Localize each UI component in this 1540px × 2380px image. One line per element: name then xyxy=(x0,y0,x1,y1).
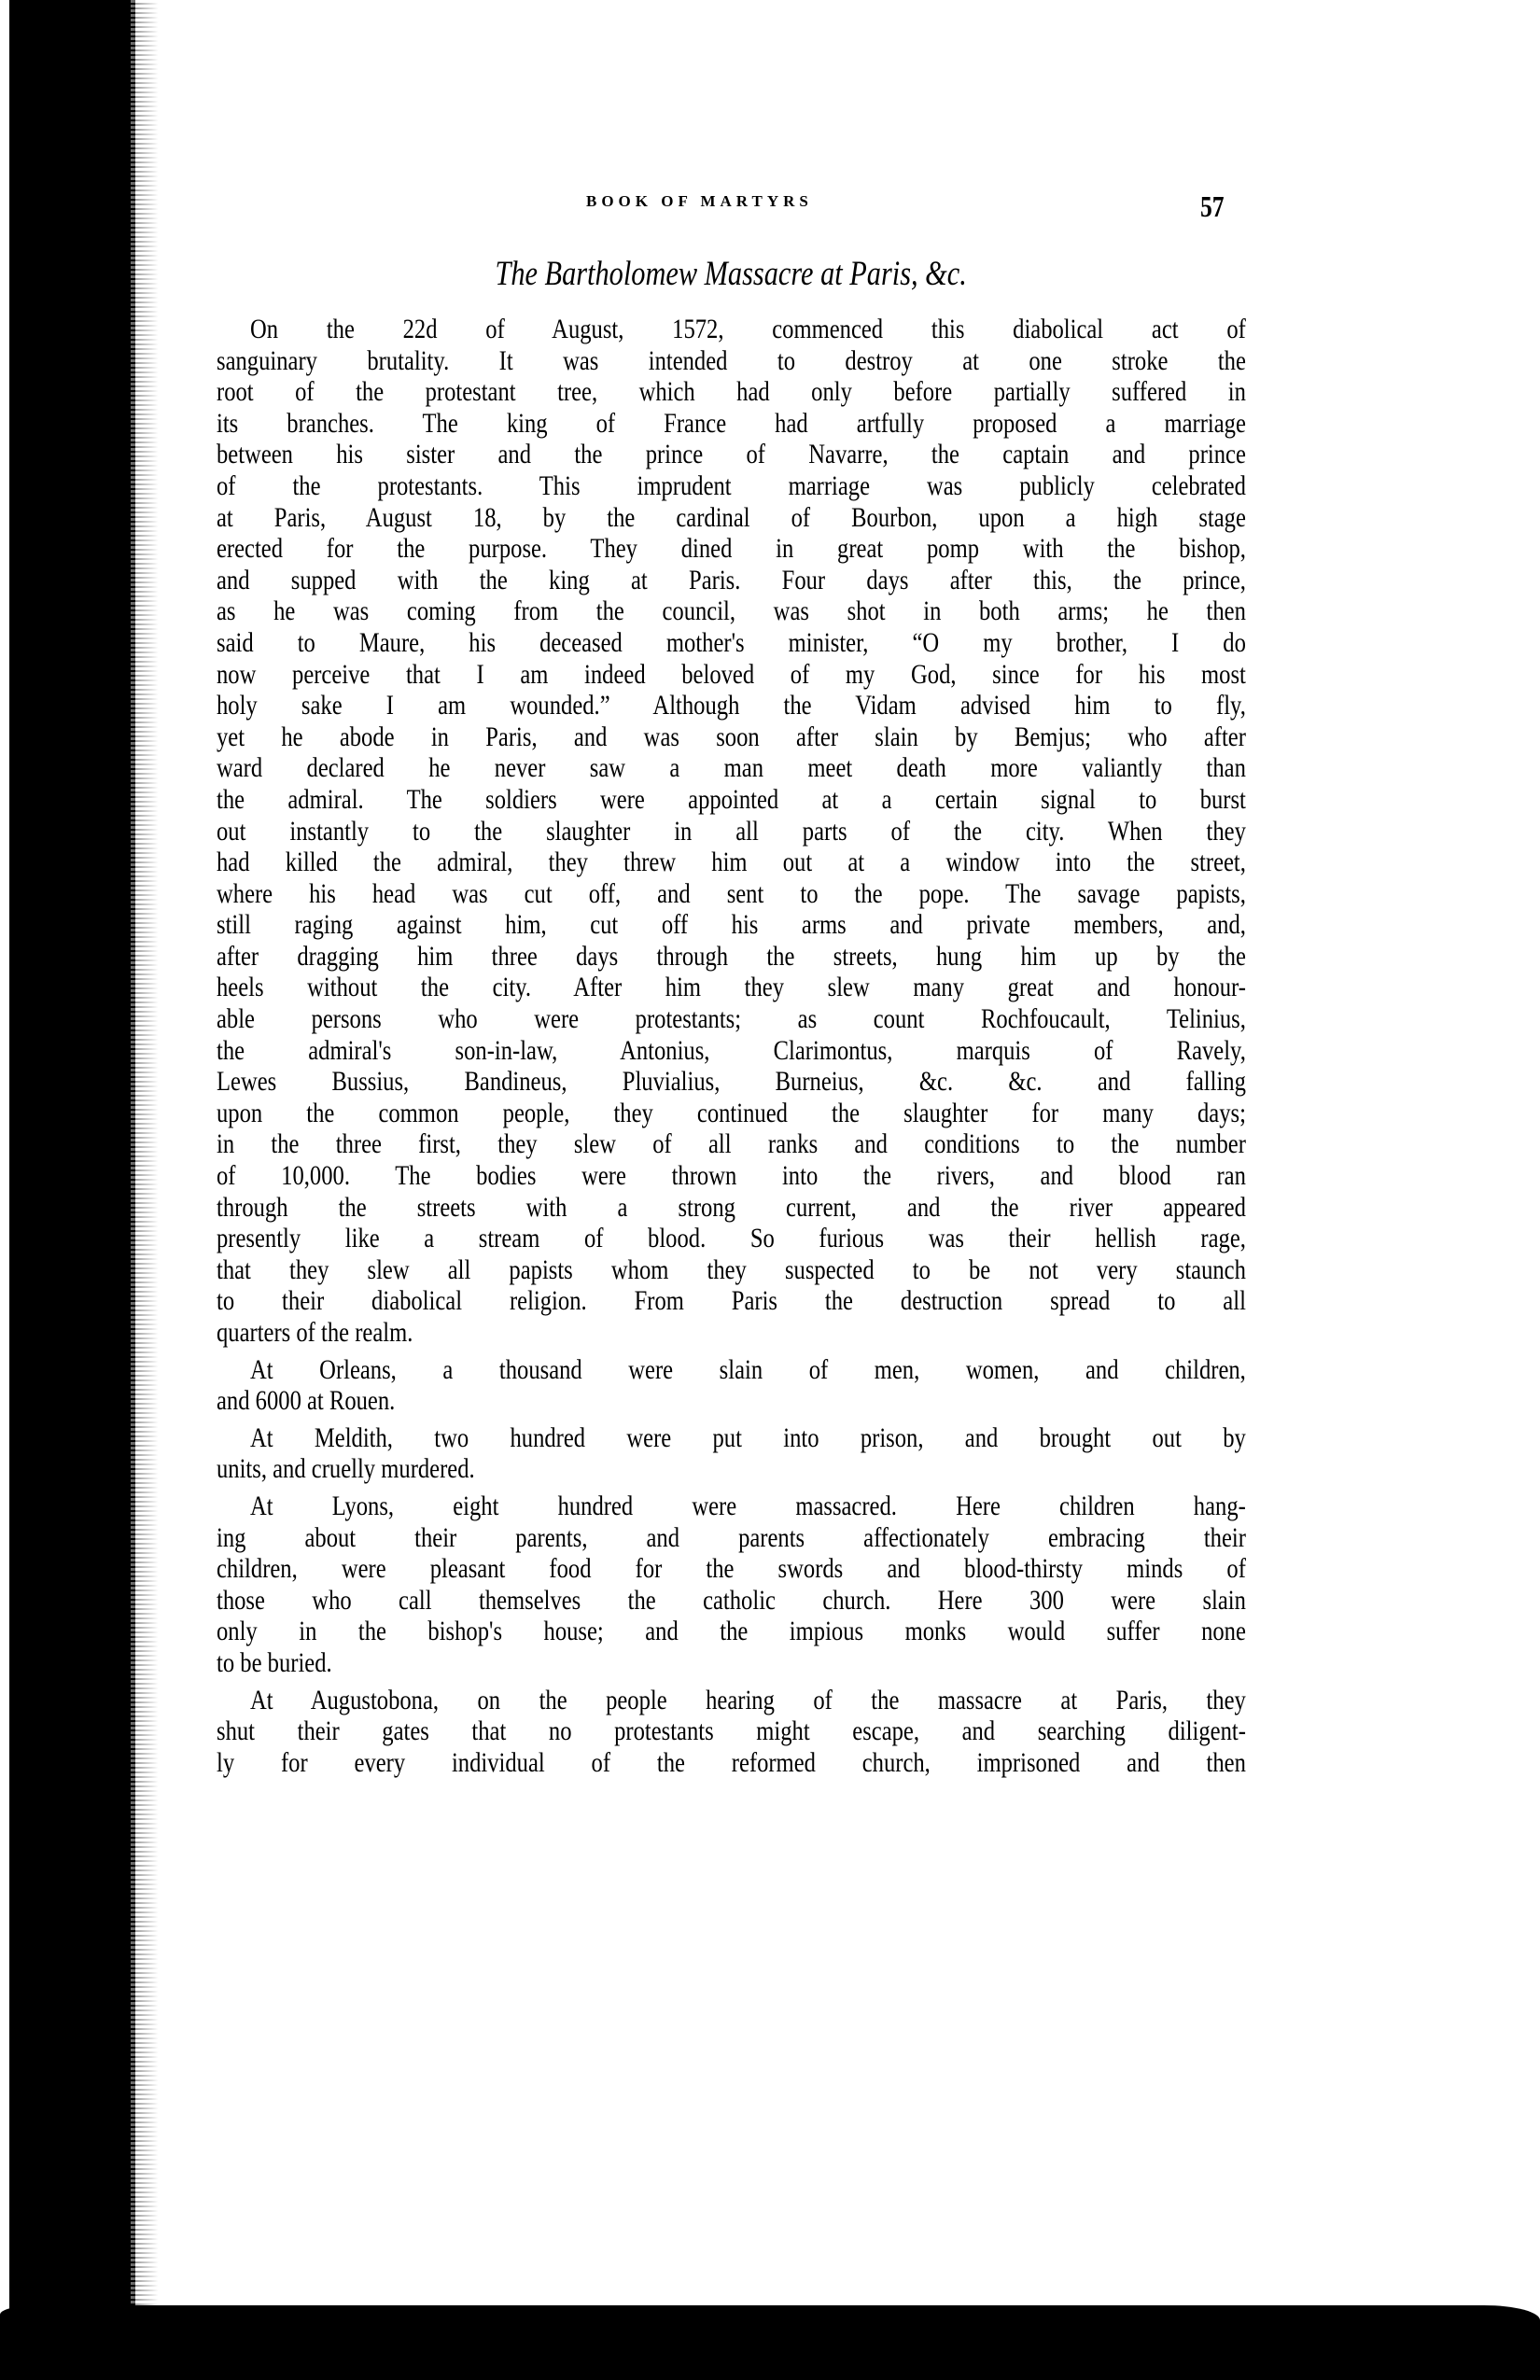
text-line-content: yet he abode in Paris, and was soon afte… xyxy=(217,721,1246,753)
text-line: that they slew all papists whom they sus… xyxy=(217,1254,1246,1286)
text-line: at Paris, August 18, by the cardinal of … xyxy=(217,502,1246,534)
text-line: holy sake I am wounded.” Although the Vi… xyxy=(217,690,1246,721)
text-line: the admiral's son-in-law, Antonius, Clar… xyxy=(217,1035,1246,1067)
text-line: On the 22d of August, 1572, commenced th… xyxy=(217,314,1246,345)
text-line: upon the common people, they continued t… xyxy=(217,1098,1246,1129)
text-line: in the three first, they slew of all ran… xyxy=(217,1128,1246,1160)
text-line: of 10,000. The bodies were thrown into t… xyxy=(217,1160,1246,1192)
text-line-content: its branches. The king of France had art… xyxy=(217,408,1246,440)
chapter-title: The Bartholomew Massacre at Paris, &c. xyxy=(217,254,1246,294)
text-line-content: heels without the city. After him they s… xyxy=(217,972,1246,1003)
text-line-content: said to Maure, his deceased mother's min… xyxy=(217,627,1246,659)
text-line: and 6000 at Rouen. xyxy=(217,1385,1246,1417)
text-line-content: upon the common people, they continued t… xyxy=(217,1098,1246,1129)
text-line: through the streets with a strong curren… xyxy=(217,1192,1246,1224)
text-line: children, were pleasant food for the swo… xyxy=(217,1553,1246,1585)
text-line: to their diabolical religion. From Paris… xyxy=(217,1285,1246,1317)
text-line-content: the admiral's son-in-law, Antonius, Clar… xyxy=(217,1035,1246,1067)
text-line-content: ly for every individual of the reformed … xyxy=(217,1747,1246,1779)
text-line-content: of 10,000. The bodies were thrown into t… xyxy=(217,1160,1246,1192)
text-line-content: holy sake I am wounded.” Although the Vi… xyxy=(217,690,1246,721)
text-line: At Lyons, eight hundred were massacred. … xyxy=(217,1491,1246,1522)
paragraph: At Lyons, eight hundred were massacred. … xyxy=(217,1491,1246,1679)
text-line: after dragging him three days through th… xyxy=(217,941,1246,973)
text-line-content: only in the bishop's house; and the impi… xyxy=(217,1616,1246,1647)
text-line: ward declared he never saw a man meet de… xyxy=(217,752,1246,784)
text-line-content: At Meldith, two hundred were put into pr… xyxy=(250,1422,1246,1454)
text-line-content: between his sister and the prince of Nav… xyxy=(217,439,1246,470)
text-line: yet he abode in Paris, and was soon afte… xyxy=(217,721,1246,753)
paragraph: At Orleans, a thousand were slain of men… xyxy=(217,1354,1246,1417)
paragraph: At Augustobona, on the people hearing of… xyxy=(217,1685,1246,1779)
paragraph: On the 22d of August, 1572, commenced th… xyxy=(217,314,1246,1349)
body-text: On the 22d of August, 1572, commenced th… xyxy=(217,314,1246,1784)
text-line: only in the bishop's house; and the impi… xyxy=(217,1616,1246,1647)
text-line: still raging against him, cut off his ar… xyxy=(217,909,1246,941)
text-line-content: still raging against him, cut off his ar… xyxy=(217,909,1246,941)
text-line: those who call themselves the catholic c… xyxy=(217,1585,1246,1617)
page-number: 57 xyxy=(1200,189,1225,224)
chapter-title-text: The Bartholomew Massacre at Paris, &c. xyxy=(496,254,967,294)
text-line: quarters of the realm. xyxy=(217,1317,1246,1349)
text-line: root of the protestant tree, which had o… xyxy=(217,376,1246,408)
text-line: where his head was cut off, and sent to … xyxy=(217,878,1246,910)
text-line-content: units, and cruelly murdered. xyxy=(217,1453,1246,1485)
book-binding-shadow xyxy=(9,0,135,2315)
text-line: its branches. The king of France had art… xyxy=(217,408,1246,440)
text-line-content: sanguinary brutality. It was intended to… xyxy=(217,345,1246,377)
text-line: said to Maure, his deceased mother's min… xyxy=(217,627,1246,659)
text-line: ing about their parents, and parents aff… xyxy=(217,1522,1246,1554)
text-line-content: where his head was cut off, and sent to … xyxy=(217,878,1246,910)
text-line: heels without the city. After him they s… xyxy=(217,972,1246,1003)
text-line-content: At Augustobona, on the people hearing of… xyxy=(250,1685,1246,1716)
text-line-content: the admiral. The soldiers were appointed… xyxy=(217,784,1246,816)
text-line: Lewes Bussius, Bandineus, Pluvialius, Bu… xyxy=(217,1066,1246,1098)
text-line: out instantly to the slaughter in all pa… xyxy=(217,816,1246,847)
text-line: the admiral. The soldiers were appointed… xyxy=(217,784,1246,816)
text-line-content: at Paris, August 18, by the cardinal of … xyxy=(217,502,1246,534)
text-line: ly for every individual of the reformed … xyxy=(217,1747,1246,1779)
text-line-content: to be buried. xyxy=(217,1647,1246,1679)
text-line: At Meldith, two hundred were put into pr… xyxy=(217,1422,1246,1454)
text-line: shut their gates that no protestants mig… xyxy=(217,1715,1246,1747)
text-line: presently like a stream of blood. So fur… xyxy=(217,1223,1246,1254)
text-line-content: after dragging him three days through th… xyxy=(217,941,1246,973)
text-line-content: children, were pleasant food for the swo… xyxy=(217,1553,1246,1585)
text-line-content: that they slew all papists whom they sus… xyxy=(217,1254,1246,1286)
scan-bottom-edge xyxy=(0,2305,1540,2380)
text-line: able persons who were protestants; as co… xyxy=(217,1003,1246,1035)
text-line-content: those who call themselves the catholic c… xyxy=(217,1585,1246,1617)
text-line: of the protestants. This imprudent marri… xyxy=(217,470,1246,502)
text-line: sanguinary brutality. It was intended to… xyxy=(217,345,1246,377)
text-line-content: out instantly to the slaughter in all pa… xyxy=(217,816,1246,847)
text-line-content: now perceive that I am indeed beloved of… xyxy=(217,659,1246,691)
text-line-content: in the three first, they slew of all ran… xyxy=(217,1128,1246,1160)
text-line: At Orleans, a thousand were slain of men… xyxy=(217,1354,1246,1386)
text-line: units, and cruelly murdered. xyxy=(217,1453,1246,1485)
text-line-content: ing about their parents, and parents aff… xyxy=(217,1522,1246,1554)
binding-edge-noise xyxy=(131,0,159,2315)
text-line-content: At Orleans, a thousand were slain of men… xyxy=(250,1354,1246,1386)
text-line-content: On the 22d of August, 1572, commenced th… xyxy=(250,314,1246,345)
text-line: now perceive that I am indeed beloved of… xyxy=(217,659,1246,691)
text-line: and supped with the king at Paris. Four … xyxy=(217,565,1246,596)
text-line-content: through the streets with a strong curren… xyxy=(217,1192,1246,1224)
text-line-content: able persons who were protestants; as co… xyxy=(217,1003,1246,1035)
text-line-content: At Lyons, eight hundred were massacred. … xyxy=(250,1491,1246,1522)
running-head: BOOK OF MARTYRS xyxy=(586,192,866,211)
paragraph: At Meldith, two hundred were put into pr… xyxy=(217,1422,1246,1485)
text-line-content: had killed the admiral, they threw him o… xyxy=(217,847,1246,878)
text-line: as he was coming from the council, was s… xyxy=(217,595,1246,627)
text-line-content: ward declared he never saw a man meet de… xyxy=(217,752,1246,784)
text-line-content: quarters of the realm. xyxy=(217,1317,1246,1349)
text-line-content: to their diabolical religion. From Paris… xyxy=(217,1285,1246,1317)
text-line: to be buried. xyxy=(217,1647,1246,1679)
text-line: erected for the purpose. They dined in g… xyxy=(217,533,1246,565)
text-line-content: as he was coming from the council, was s… xyxy=(217,595,1246,627)
text-line-content: presently like a stream of blood. So fur… xyxy=(217,1223,1246,1254)
text-line-content: Lewes Bussius, Bandineus, Pluvialius, Bu… xyxy=(217,1066,1246,1098)
text-line-content: and supped with the king at Paris. Four … xyxy=(217,565,1246,596)
text-line: At Augustobona, on the people hearing of… xyxy=(217,1685,1246,1716)
text-line-content: erected for the purpose. They dined in g… xyxy=(217,533,1246,565)
text-line-content: root of the protestant tree, which had o… xyxy=(217,376,1246,408)
text-line: had killed the admiral, they threw him o… xyxy=(217,847,1246,878)
text-line-content: shut their gates that no protestants mig… xyxy=(217,1715,1246,1747)
text-line-content: and 6000 at Rouen. xyxy=(217,1385,1246,1417)
text-line-content: of the protestants. This imprudent marri… xyxy=(217,470,1246,502)
text-line: between his sister and the prince of Nav… xyxy=(217,439,1246,470)
